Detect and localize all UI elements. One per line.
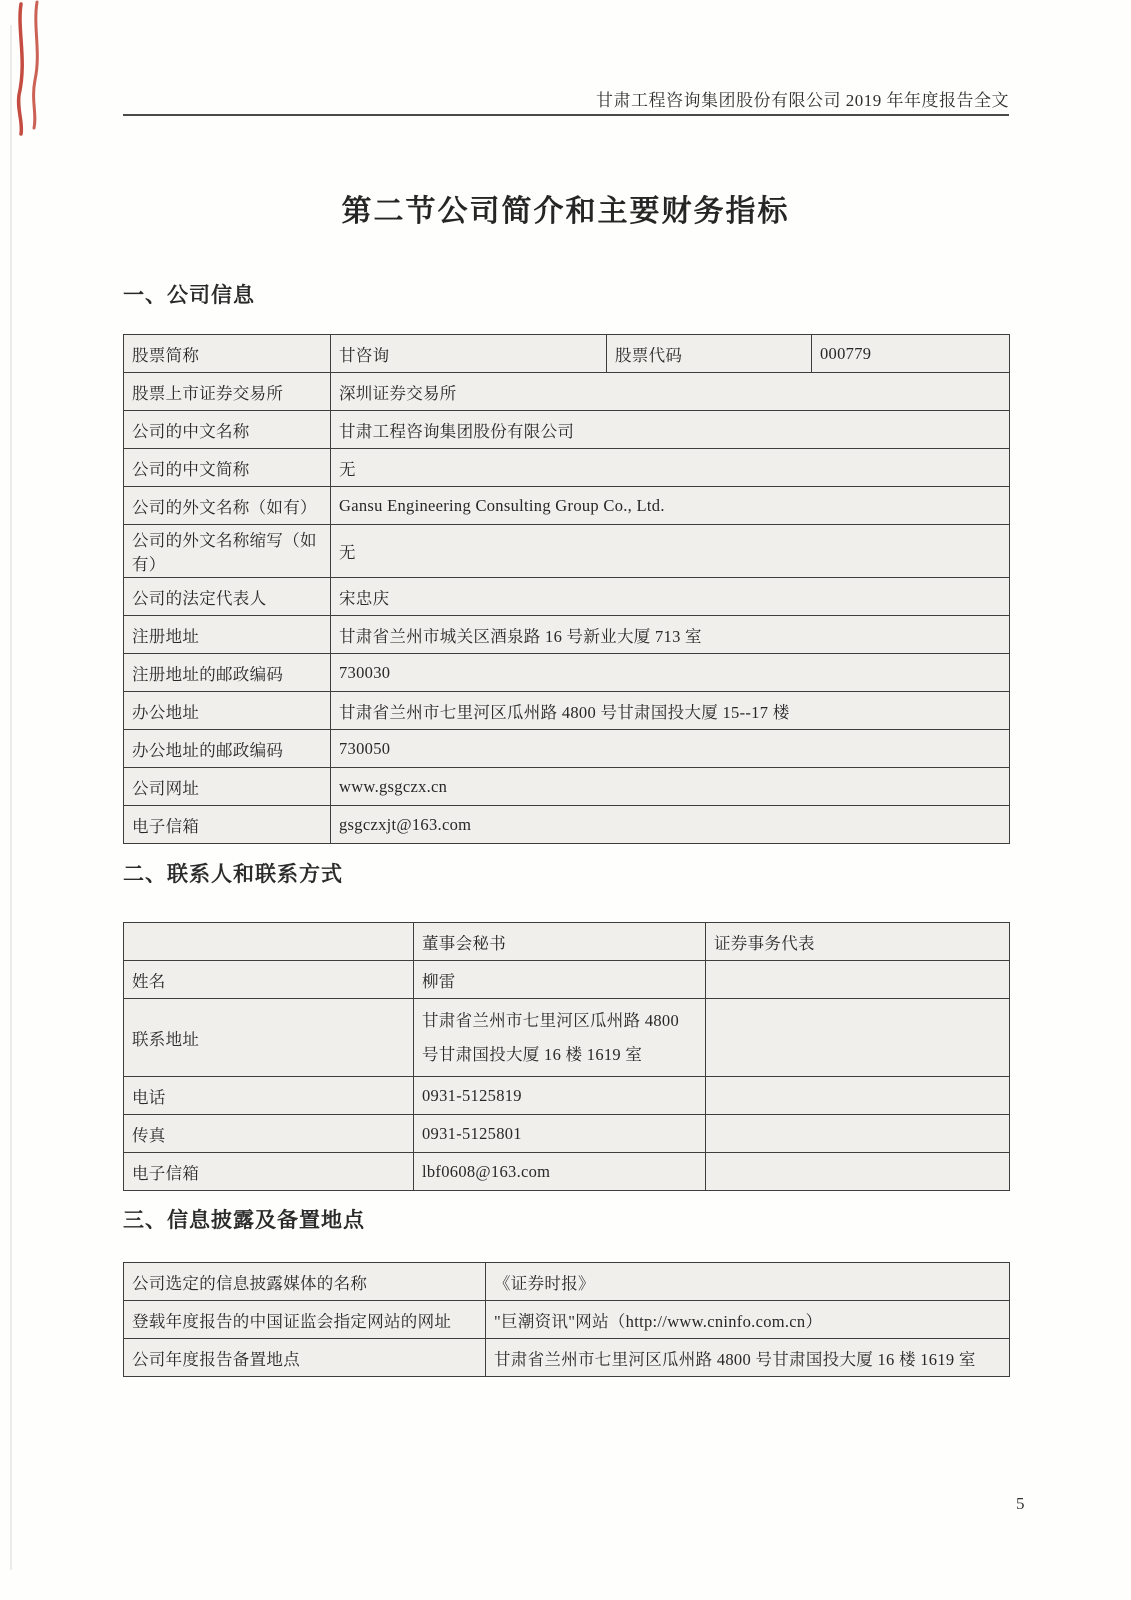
row-value-empty [706,999,1010,1077]
row-label: 股票简称 [124,335,331,373]
table-row: 公司选定的信息披露媒体的名称 《证券时报》 [124,1263,1010,1301]
table-row: 注册地址 甘肃省兰州市城关区酒泉路 16 号新业大厦 713 室 [124,616,1010,654]
row-value: 无 [331,449,1010,487]
row-value-empty [706,961,1010,999]
row-value: 000779 [812,335,1010,373]
row-value: 甘肃省兰州市城关区酒泉路 16 号新业大厦 713 室 [331,616,1010,654]
table-row: 公司的外文名称（如有） Gansu Engineering Consulting… [124,487,1010,525]
row-label: 公司年度报告备置地点 [124,1339,486,1377]
row-label: 股票代码 [607,335,812,373]
row-label: 公司网址 [124,768,331,806]
row-value: 0931-5125819 [414,1077,706,1115]
row-value: lbf0608@163.com [414,1153,706,1191]
row-label: 公司的法定代表人 [124,578,331,616]
table-row: 姓名 柳雷 [124,961,1010,999]
section-heading-contacts: 二、联系人和联系方式 [123,858,343,888]
row-label: 股票上市证券交易所 [124,373,331,411]
table-row: 注册地址的邮政编码 730030 [124,654,1010,692]
row-value: 深圳证券交易所 [331,373,1010,411]
report-page: 甘肃工程咨询集团股份有限公司 2019 年年度报告全文 第二节公司简介和主要财务… [0,0,1131,1600]
table-row: 股票简称 甘咨询 股票代码 000779 [124,335,1010,373]
row-value: 甘肃省兰州市七里河区瓜州路 4800 号甘肃国投大厦 16 楼 1619 室 [486,1339,1010,1377]
row-value: 宋忠庆 [331,578,1010,616]
row-label: 公司的外文名称缩写（如有） [124,525,331,578]
row-value: 730030 [331,654,1010,692]
table-row: 公司的中文简称 无 [124,449,1010,487]
row-label: 公司的外文名称（如有） [124,487,331,525]
row-value: 甘肃省兰州市七里河区瓜州路 4800 号甘肃国投大厦 15--17 楼 [331,692,1010,730]
row-value: 无 [331,525,1010,578]
page-title: 第二节公司简介和主要财务指标 [0,186,1131,230]
table-row: 公司的法定代表人 宋忠庆 [124,578,1010,616]
disclosure-table: 公司选定的信息披露媒体的名称 《证券时报》 登载年度报告的中国证监会指定网站的网… [123,1262,1010,1377]
table-header-row: 董事会秘书 证券事务代表 [124,923,1010,961]
table-row: 公司的外文名称缩写（如有） 无 [124,525,1010,578]
row-value: "巨潮资讯"网站（http://www.cninfo.com.cn） [486,1301,1010,1339]
row-value-empty [706,1077,1010,1115]
table-row: 电话 0931-5125819 [124,1077,1010,1115]
row-value: 柳雷 [414,961,706,999]
table-row: 办公地址 甘肃省兰州市七里河区瓜州路 4800 号甘肃国投大厦 15--17 楼 [124,692,1010,730]
page-number: 5 [1016,1494,1025,1514]
row-label: 办公地址 [124,692,331,730]
column-header-secretary: 董事会秘书 [414,923,706,961]
row-value: 《证券时报》 [486,1263,1010,1301]
table-row: 股票上市证券交易所 深圳证券交易所 [124,373,1010,411]
row-label: 电子信箱 [124,1153,414,1191]
row-value: 730050 [331,730,1010,768]
row-label: 电子信箱 [124,806,331,844]
header-blank-cell [124,923,414,961]
row-value: 甘咨询 [331,335,607,373]
section-heading-disclosure: 三、信息披露及备置地点 [123,1204,365,1234]
table-row: 公司年度报告备置地点 甘肃省兰州市七里河区瓜州路 4800 号甘肃国投大厦 16… [124,1339,1010,1377]
scan-edge-line [10,25,12,1570]
row-value-empty [706,1153,1010,1191]
table-row: 公司的中文名称 甘肃工程咨询集团股份有限公司 [124,411,1010,449]
row-label: 姓名 [124,961,414,999]
row-label: 公司选定的信息披露媒体的名称 [124,1263,486,1301]
row-label: 传真 [124,1115,414,1153]
row-label: 注册地址 [124,616,331,654]
table-row: 登载年度报告的中国证监会指定网站的网址 "巨潮资讯"网站（http://www.… [124,1301,1010,1339]
row-value: Gansu Engineering Consulting Group Co., … [331,487,1010,525]
running-header: 甘肃工程咨询集团股份有限公司 2019 年年度报告全文 [123,86,1009,111]
header-rule [123,114,1009,116]
column-header-representative: 证券事务代表 [706,923,1010,961]
table-row: 联系地址 甘肃省兰州市七里河区瓜州路 4800 号甘肃国投大厦 16 楼 161… [124,999,1010,1077]
row-label: 联系地址 [124,999,414,1077]
red-pen-marks-icon [6,0,50,140]
row-label: 公司的中文名称 [124,411,331,449]
row-value-empty [706,1115,1010,1153]
table-row: 电子信箱 lbf0608@163.com [124,1153,1010,1191]
table-row: 公司网址 www.gsgczx.cn [124,768,1010,806]
company-info-table: 股票简称 甘咨询 股票代码 000779 股票上市证券交易所 深圳证券交易所 公… [123,334,1010,844]
row-label: 登载年度报告的中国证监会指定网站的网址 [124,1301,486,1339]
row-value: 甘肃工程咨询集团股份有限公司 [331,411,1010,449]
section-heading-company-info: 一、公司信息 [123,279,255,309]
row-value: www.gsgczx.cn [331,768,1010,806]
row-label: 公司的中文简称 [124,449,331,487]
row-label: 办公地址的邮政编码 [124,730,331,768]
table-row: 传真 0931-5125801 [124,1115,1010,1153]
row-value: 甘肃省兰州市七里河区瓜州路 4800 号甘肃国投大厦 16 楼 1619 室 [414,999,706,1077]
row-value: 0931-5125801 [414,1115,706,1153]
table-row: 办公地址的邮政编码 730050 [124,730,1010,768]
row-label: 电话 [124,1077,414,1115]
row-label: 注册地址的邮政编码 [124,654,331,692]
row-value: gsgczxjt@163.com [331,806,1010,844]
contacts-table: 董事会秘书 证券事务代表 姓名 柳雷 联系地址 甘肃省兰州市七里河区瓜州路 48… [123,922,1010,1191]
table-row: 电子信箱 gsgczxjt@163.com [124,806,1010,844]
